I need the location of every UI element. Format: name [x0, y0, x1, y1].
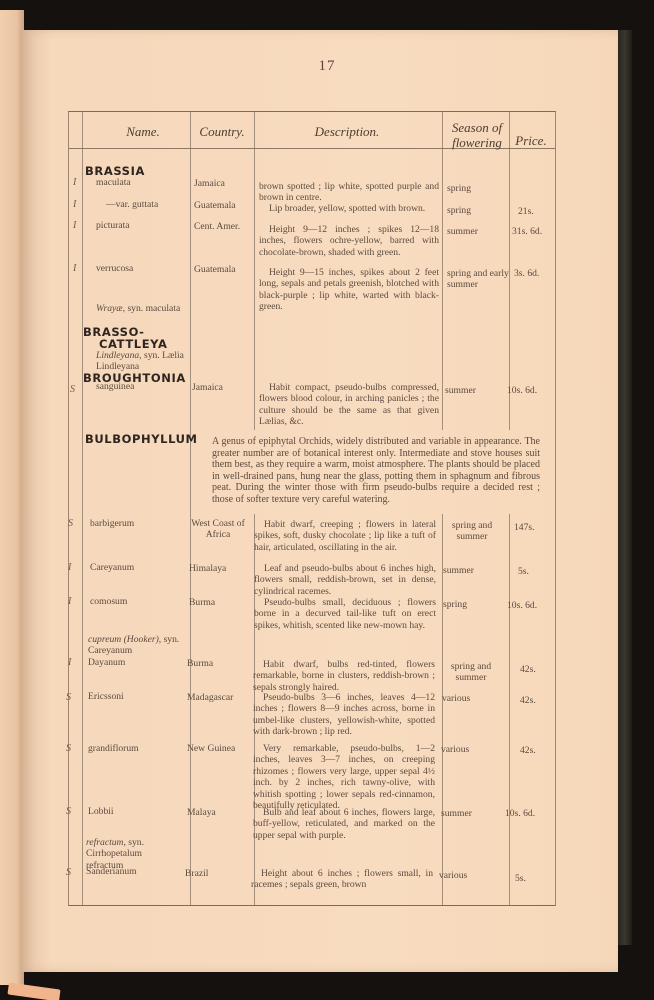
row-mark: I: [73, 220, 76, 231]
row-price: 147s.: [514, 522, 535, 533]
row-description: Pseudo-bulbs 3—6 inches, leaves 4—12 inc…: [253, 692, 435, 738]
header-season-line2: flowering: [444, 135, 510, 150]
row-description: Leaf and pseudo-bulbs about 6 inches hig…: [254, 563, 436, 597]
row-name: —var. guttata: [106, 199, 158, 210]
row-season: various: [439, 870, 467, 881]
row-description: Habit compact, pseudo-bulbs compressed, …: [259, 382, 439, 428]
row-country: Malaya: [187, 807, 216, 818]
synonym-italic: refractum: [86, 837, 123, 848]
row-country: Madagascar: [187, 692, 233, 703]
row-name: Sanderianum: [86, 866, 137, 877]
row-name: maculata: [96, 177, 131, 188]
genus-brasso-cattleya-line2: CATTLEYA: [83, 338, 168, 350]
row-description: Bulb and leaf about 6 inches, flowers la…: [253, 807, 435, 841]
row-mark: I: [73, 199, 76, 210]
row-name: Lobbii: [88, 806, 114, 817]
row-country: Brazil: [185, 868, 208, 879]
row-name: comosum: [90, 596, 127, 607]
synonym-text: , syn. maculata: [123, 303, 181, 314]
row-description: Habit dwarf, creeping ; flowers in later…: [254, 519, 436, 553]
row-season: spring and early summer: [447, 268, 509, 291]
row-name: Dayanum: [88, 657, 125, 668]
row-season: spring: [443, 599, 467, 610]
row-season: spring and summer: [443, 520, 501, 543]
header-price: Price.: [509, 133, 553, 149]
row-name: Careyanum: [90, 562, 134, 573]
row-description: brown spotted ; lip white, spotted purpl…: [259, 181, 439, 204]
row-country: Jamaica: [194, 178, 225, 189]
rule-name-col: [190, 112, 191, 905]
row-mark: I: [68, 562, 71, 573]
row-price: 5s.: [518, 566, 529, 577]
row-season: various: [441, 744, 469, 755]
row-country: Guatemala: [194, 200, 236, 211]
row-description: Lip broader, yellow, spotted with brown.: [259, 203, 439, 214]
genus-brassia: BRASSIA: [85, 165, 145, 177]
row-season: various: [442, 693, 470, 704]
facing-page-edge: [0, 10, 24, 985]
row-mark: I: [68, 657, 71, 668]
rule-desc-col-top: [442, 112, 443, 430]
row-season: summer: [443, 565, 474, 576]
row-mark: I: [73, 177, 76, 188]
bookmark-ribbon: [7, 982, 60, 1000]
row-season: summer: [447, 226, 478, 237]
row-mark: S: [70, 384, 75, 395]
header-country: Country.: [190, 124, 254, 140]
synonym-italic: Wrayæ: [96, 303, 123, 314]
row-season: spring: [447, 205, 471, 216]
row-mark: S: [66, 806, 71, 817]
row-price: 42s.: [520, 664, 536, 675]
genus-brasso-cattleya: BRASSO- CATTLEYA: [83, 326, 168, 350]
synonym-italic: cupreum (Hooker): [88, 634, 159, 645]
row-mark: I: [68, 596, 71, 607]
row-price: 10s. 6d.: [507, 600, 537, 611]
row-season: summer: [445, 385, 476, 396]
rule-season-col-top: [509, 112, 510, 430]
row-description: Pseudo-bulbs small, deciduous ; flowers …: [254, 597, 436, 631]
row-description: Very remarkable, pseudo-bulbs, 1—2 inche…: [253, 743, 435, 811]
bulbophyllum-intro: A genus of epiphytal Orchids, widely dis…: [212, 436, 540, 506]
row-country: Guatemala: [194, 264, 236, 275]
row-name: Ericssoni: [88, 691, 124, 702]
row-price: 31s. 6d.: [512, 226, 542, 237]
row-price: 10s. 6d.: [505, 808, 535, 819]
row-country: Jamaica: [192, 382, 223, 393]
synonym-italic: Lindleyana: [96, 350, 139, 361]
row-price: 42s.: [520, 695, 536, 706]
row-country: Himalaya: [189, 563, 226, 574]
row-season: summer: [441, 808, 472, 819]
row-name: barbigerum: [90, 518, 134, 529]
row-name: sanguinea: [96, 381, 134, 392]
rule-season-col-bottom: [509, 514, 510, 905]
rule-mark-col: [82, 112, 83, 905]
synonym-lindleyana: Lindleyana, syn. Lælia Lindleyana: [96, 350, 186, 373]
row-description: Height 9—12 inches ; spikes 12—18 inches…: [259, 224, 439, 258]
row-country: Burma: [189, 597, 215, 608]
row-country: Burma: [187, 658, 213, 669]
row-price: 10s. 6d.: [507, 385, 537, 396]
row-price: 5s.: [515, 873, 526, 884]
row-price: 42s.: [520, 745, 536, 756]
book-cover-edge: [618, 30, 632, 945]
rule-country-col-top: [254, 112, 255, 430]
header-description: Description.: [254, 124, 440, 140]
header-season: Season of flowering: [444, 120, 510, 150]
row-season: spring and summer: [442, 661, 500, 684]
row-mark: S: [68, 518, 73, 529]
row-mark: S: [66, 867, 71, 878]
row-mark: I: [73, 263, 76, 274]
row-description: Height about 6 inches ; flowers small, i…: [251, 868, 433, 891]
row-price: 3s. 6d.: [514, 268, 539, 279]
synonym-wrayae: Wrayæ, syn. maculata: [96, 303, 186, 314]
header-name: Name.: [82, 124, 204, 140]
row-country: New Guinea: [187, 743, 235, 754]
row-country: West Coast of Africa: [189, 518, 247, 541]
row-season: spring: [447, 183, 471, 194]
row-description: Habit dwarf, bulbs red-tinted, flowers r…: [253, 659, 435, 693]
row-mark: S: [66, 743, 71, 754]
genus-bulbophyllum: BULBOPHYLLUM: [85, 433, 198, 445]
row-mark: S: [66, 692, 71, 703]
row-country: Cent. Amer.: [194, 221, 240, 232]
row-price: 21s.: [518, 206, 534, 217]
row-name: grandiflorum: [88, 743, 139, 754]
row-description: Height 9—15 inches, spikes about 2 feet …: [259, 267, 439, 313]
synonym-cupreum: cupreum (Hooker), syn. Careyanum: [88, 634, 180, 657]
row-name: verrucosa: [96, 263, 133, 274]
row-name: picturata: [96, 220, 130, 231]
page-number: 17: [0, 58, 654, 75]
header-season-line1: Season of: [444, 120, 510, 135]
